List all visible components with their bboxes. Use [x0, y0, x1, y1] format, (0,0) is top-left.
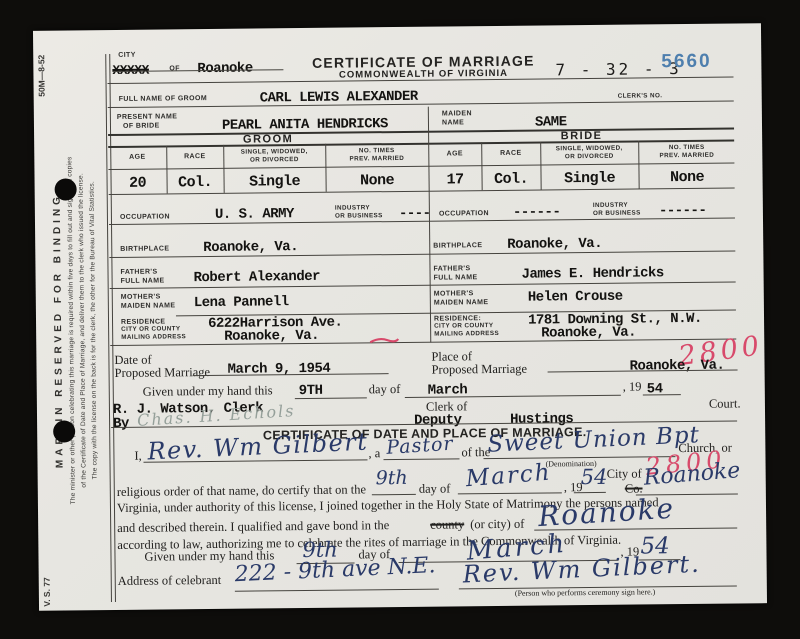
clerk-day-of-label: day of: [369, 383, 401, 396]
bride-father-value: James E. Hendricks: [521, 266, 663, 281]
bride-prev-label-2: PREV. MARRIED: [638, 152, 735, 159]
bride-name-value: PEARL ANITA HENDRICKS: [222, 117, 388, 133]
cert-line-4b: (or city) of: [470, 518, 524, 531]
cert-line-4a: and described therein. I qualified and g…: [117, 519, 389, 534]
groom-father-label-2: FULL NAME: [121, 277, 165, 284]
cert-month-value: March: [465, 461, 553, 491]
clerk-of-label: Clerk of: [426, 400, 467, 413]
place-proposed-label-1: Place of: [431, 350, 472, 363]
bond-city-value: Roanoke: [537, 495, 676, 532]
groom-industry-value: ----: [399, 207, 431, 221]
court-label: Court.: [709, 397, 741, 410]
clerk-given-day: 9TH: [299, 384, 323, 398]
sign-here-note: (Person who performs ceremony sign here.…: [515, 588, 655, 597]
groom-status-value: Single: [224, 174, 326, 190]
bride-race-label: RACE: [481, 150, 540, 158]
address-of-celebrant-label: Address of celebrant: [118, 574, 222, 588]
bride-father-label-1: FATHER'S: [433, 265, 470, 272]
bride-occupation-value: ------: [513, 205, 561, 219]
cert-day-value: 9th: [376, 469, 408, 488]
bride-status-value: Single: [540, 170, 638, 186]
groom-birthplace-value: Roanoke, Va.: [203, 240, 298, 255]
bride-residence-label-3: MAILING ADDRESS: [434, 331, 499, 338]
cert-a-label: , a: [368, 447, 380, 460]
groom-father-value: Robert Alexander: [194, 270, 321, 285]
date-proposed-label-1: Date of: [114, 354, 151, 367]
clerks-no-label: CLERK'S NO.: [618, 93, 663, 100]
groom-status-label-2: OR DIVORCED: [223, 157, 325, 164]
groom-mother-value: Lena Pannell: [194, 295, 289, 310]
groom-name-label: FULL NAME OF GROOM: [119, 95, 207, 103]
bride-father-label-2: FULL NAME: [434, 274, 478, 281]
cert-county-struck: county: [430, 518, 464, 531]
bride-birthplace-label: BIRTHPLACE: [433, 242, 482, 250]
cert-city-value: Roanoke: [643, 460, 741, 490]
maiden-label-1: MAIDEN: [442, 110, 472, 117]
certificate-paper: V. S. 77 50M—8-52 MARGIN RESERVED FOR BI…: [33, 23, 767, 611]
margin-reserved-title: MARGIN RESERVED FOR BINDING: [50, 51, 67, 611]
groom-status-label-1: SINGLE, WIDOWED,: [223, 149, 325, 156]
groom-residence-label-2: CITY OR COUNTY: [121, 326, 180, 333]
cert-day-of-label: day of: [419, 482, 451, 495]
bride-race-value: Col.: [481, 172, 540, 188]
bride-mother-value: Helen Crouse: [528, 290, 623, 305]
bride-status-label-2: OR DIVORCED: [540, 153, 638, 160]
groom-prev-label-1: NO. TIMES: [325, 148, 428, 155]
bride-name-label-1: PRESENT NAME: [117, 113, 177, 121]
bride-status-label-1: SINGLE, WIDOWED,: [540, 145, 638, 152]
bride-residence-label-2: CITY OR COUNTY: [434, 323, 493, 330]
groom-industry-label-1: INDUSTRY: [335, 205, 370, 212]
punch-hole-top: [55, 178, 77, 200]
groom-age-value: 20: [109, 175, 167, 191]
maiden-name-value: SAME: [535, 115, 567, 129]
groom-residence-city: Roanoke, Va.: [224, 329, 319, 344]
date-proposed-label-2: Proposed Marriage: [115, 366, 211, 379]
groom-race-value: Col.: [167, 175, 224, 191]
bride-age-value: 17: [428, 172, 481, 188]
cert-i-label: I,: [134, 450, 141, 463]
bride-industry-label-1: INDUSTRY: [593, 203, 628, 210]
bride-industry-label-2: OR BUSINESS: [593, 210, 641, 217]
clerk-year-prefix: , 19: [623, 380, 642, 393]
scanned-marriage-certificate: { "colors": { "ink_blue": "#2a3a68", "re…: [0, 0, 800, 639]
place-proposed-label-2: Proposed Marriage: [431, 363, 527, 376]
cert-year-value: 54: [581, 467, 608, 488]
bride-mother-label-1: MOTHER'S: [434, 290, 474, 297]
bride-residence-city: Roanoke, Va.: [541, 326, 636, 341]
groom-age-label: AGE: [108, 153, 166, 161]
margin-note-3: The copy with the license on the back is…: [87, 50, 100, 610]
bride-name-label-2: OF BRIDE: [123, 123, 160, 130]
groom-residence-label-3: MAILING ADDRESS: [121, 334, 186, 341]
clerk-number-stamp: 5660: [661, 52, 711, 72]
groom-father-label-1: FATHER'S: [120, 269, 157, 276]
groom-mother-label-2: MAIDEN NAME: [121, 302, 176, 310]
bride-industry-value: ------: [659, 204, 707, 218]
bride-age-label: AGE: [428, 150, 481, 158]
bride-prev-label-1: NO. TIMES: [638, 144, 735, 151]
form-code: V. S. 77: [42, 577, 52, 607]
by-label: By: [113, 417, 129, 431]
cert-of-the-label: of the: [461, 446, 490, 459]
red-check-mark: [369, 335, 399, 345]
cert-city-of-label: City of: [607, 467, 642, 480]
groom-occupation-value: U. S. ARMY: [215, 207, 294, 222]
groom-birthplace-label: BIRTHPLACE: [120, 245, 169, 253]
groom-industry-label-2: OR BUSINESS: [335, 213, 383, 220]
bride-mother-label-2: MAIDEN NAME: [434, 299, 489, 307]
cert-line-2: religious order of that name, do certify…: [117, 483, 366, 498]
punch-hole-bottom: [53, 420, 75, 442]
groom-mother-label-1: MOTHER'S: [121, 294, 161, 301]
city-label: CITY: [118, 52, 136, 59]
groom-race-label: RACE: [166, 153, 223, 161]
groom-name-value: CARL LEWIS ALEXANDER: [260, 90, 418, 106]
bride-birthplace-value: Roanoke, Va.: [507, 237, 602, 252]
bride-occupation-label: OCCUPATION: [439, 210, 489, 218]
groom-occupation-label: OCCUPATION: [120, 213, 170, 221]
bride-prev-value: None: [638, 169, 735, 185]
groom-prev-value: None: [325, 173, 428, 189]
clerk-given-prefix: Given under my hand this: [143, 384, 273, 398]
groom-prev-label-2: PREV. MARRIED: [325, 156, 428, 163]
celebrant-role: Pastor: [386, 435, 454, 458]
stock-number: 50M—8-52: [36, 55, 46, 97]
maiden-label-2: NAME: [442, 119, 464, 126]
